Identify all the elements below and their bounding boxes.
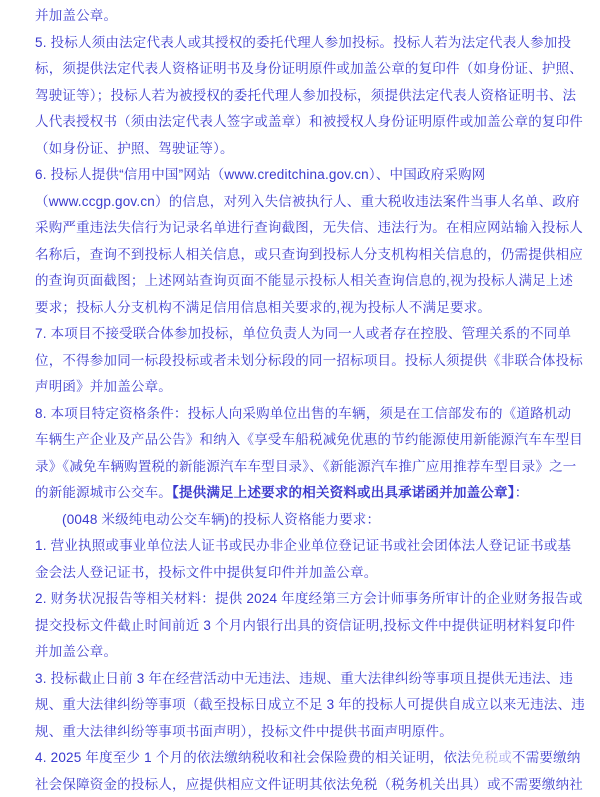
text-run: 规、重大法律纠纷等事项书面声明），投标文件中提供书面声明原件。 <box>35 724 453 739</box>
text-run: 名称后，查询不到投标人相关信息，或只查询到投标人分支机构相关信息的，仍需提供相应 <box>35 247 583 262</box>
text-run: 人代表授权书（须由法定代表人签字或盖章）和被授权人身份证明原件或加盖公章的复印件 <box>35 114 583 129</box>
text-run: 采购严重违法失信行为记录名单进行查询截图，无失信、违法行为。在相应网站输入投标人 <box>35 220 583 235</box>
text-run: 不需要缴纳 <box>512 750 581 765</box>
text-run: 1. 营业执照或事业单位法人证书或民办非企业单位登记证书或社会团体法人登记证书或… <box>35 538 571 553</box>
text-run: 声明函》并加盖公章。 <box>35 379 172 394</box>
text-run: 【提供满足上述要求的相关资料或出具承诺函并加盖公章】 <box>172 485 515 500</box>
text-run: 金会法人登记证书，投标文件中提供复印件并加盖公章。 <box>35 565 378 580</box>
text-run: 社会保障资金的投标人，应提供相应文件证明其依法免税（税务机关出具）或不需要缴纳社 <box>35 777 583 792</box>
text-run: 规、重大法律纠纷等事项（截至投标日成立不足 3 年的投标人可提供自成立以来无违法… <box>35 697 585 712</box>
text-run: 的新能源城市公交车。 <box>35 485 172 500</box>
text-run: 录》《减免车辆购置税的新能源汽车车型目录》、《新能源汽车推广应用推荐车型目录》之… <box>35 459 576 474</box>
text-run: 6. 投标人提供“信用中国”网站（www.creditchina.gov.cn）… <box>35 167 485 182</box>
document-line: 人代表授权书（须由法定代表人签字或盖章）和被授权人身份证明原件或加盖公章的复印件 <box>35 109 570 136</box>
text-run: 并加盖公章。 <box>35 644 117 659</box>
text-run: （www.ccgp.gov.cn）的信息，对列入失信被执行人、重大税收违法案件当… <box>35 194 580 209</box>
document-line: 社会保障资金的投标人，应提供相应文件证明其依法免税（税务机关出具）或不需要缴纳社 <box>35 772 570 797</box>
document-line: 规、重大法律纠纷等事项（截至投标日成立不足 3 年的投标人可提供自成立以来无违法… <box>35 692 570 719</box>
document-line: (0048 米级纯电动公交车辆)的投标人资格能力要求： <box>35 507 570 534</box>
document-line: （www.ccgp.gov.cn）的信息，对列入失信被执行人、重大税收违法案件当… <box>35 189 570 216</box>
document-line: 3. 投标截止日前 3 年在经营活动中无违法、违规、重大法律纠纷等事项且提供无违… <box>35 666 570 693</box>
document-line: 并加盖公章。 <box>35 3 570 30</box>
text-run: 8. 本项目特定资格条件：投标人向采购单位出售的车辆，须是在工信部发布的《道路机… <box>35 406 571 421</box>
document-line: （如身份证、护照、驾驶证等）。 <box>35 136 570 163</box>
text-run: 驾驶证等）；投标人若为被授权的委托代理人参加投标，须提供法定代表人资格证明书、法 <box>35 88 576 103</box>
text-run: 3. 投标截止日前 3 年在经营活动中无违法、违规、重大法律纠纷等事项且提供无违… <box>35 671 573 686</box>
text-run: ： <box>515 485 529 500</box>
document-line: 5. 投标人须由法定代表人或其授权的委托代理人参加投标。投标人若为法定代表人参加… <box>35 30 570 57</box>
document-line: 规、重大法律纠纷等事项书面声明），投标文件中提供书面声明原件。 <box>35 719 570 746</box>
text-run: 要求；投标人分支机构不满足信用信息相关要求的,视为投标人不满足要求。 <box>35 300 491 315</box>
document-line: 4. 2025 年度至少 1 个月的依法缴纳税收和社会保险费的相关证明，依法免税… <box>35 745 570 772</box>
text-run: 位，不得参加同一标段投标或者未划分标段的同一招标项目。投标人须提供《非联合体投标 <box>35 353 583 368</box>
document-line: 提交投标文件截止时间前近 3 个月内银行出具的资信证明,投标文件中提供证明材料复… <box>35 613 570 640</box>
document-line: 的新能源城市公交车。【提供满足上述要求的相关资料或出具承诺函并加盖公章】： <box>35 480 570 507</box>
document-line: 6. 投标人提供“信用中国”网站（www.creditchina.gov.cn）… <box>35 162 570 189</box>
text-run: 车辆生产企业及产品公告》和纳入《享受车船税减免优惠的节约能源使用新能源汽车车型目 <box>35 432 583 447</box>
document-line: 名称后，查询不到投标人相关信息，或只查询到投标人分支机构相关信息的，仍需提供相应 <box>35 242 570 269</box>
text-run: 5. 投标人须由法定代表人或其授权的委托代理人参加投标。投标人若为法定代表人参加… <box>35 35 571 50</box>
document-line: 1. 营业执照或事业单位法人证书或民办非企业单位登记证书或社会团体法人登记证书或… <box>35 533 570 560</box>
text-run: 4. 2025 年度至少 1 个月的依法缴纳税收和社会保险费的相关证明，依法 <box>35 750 471 765</box>
document-line: 7. 本项目不接受联合体参加投标，单位负责人为同一人或者存在控股、管理关系的不同… <box>35 321 570 348</box>
document-line: 并加盖公章。 <box>35 639 570 666</box>
document-body: 并加盖公章。5. 投标人须由法定代表人或其授权的委托代理人参加投标。投标人若为法… <box>35 3 570 797</box>
text-run: 并加盖公章。 <box>35 8 117 23</box>
document-line: 车辆生产企业及产品公告》和纳入《享受车船税减免优惠的节约能源使用新能源汽车车型目 <box>35 427 570 454</box>
document-line: 录》《减免车辆购置税的新能源汽车车型目录》、《新能源汽车推广应用推荐车型目录》之… <box>35 454 570 481</box>
text-run: 7. 本项目不接受联合体参加投标，单位负责人为同一人或者存在控股、管理关系的不同… <box>35 326 571 341</box>
document-line: 金会法人登记证书，投标文件中提供复印件并加盖公章。 <box>35 560 570 587</box>
document-line: 8. 本项目特定资格条件：投标人向采购单位出售的车辆，须是在工信部发布的《道路机… <box>35 401 570 428</box>
text-run: 提交投标文件截止时间前近 3 个月内银行出具的资信证明,投标文件中提供证明材料复… <box>35 618 575 633</box>
text-run: 的查询页面截图；上述网站查询页面不能显示投标人相关查询信息的,视为投标人满足上述 <box>35 273 573 288</box>
document-line: 的查询页面截图；上述网站查询页面不能显示投标人相关查询信息的,视为投标人满足上述 <box>35 268 570 295</box>
text-run: （如身份证、护照、驾驶证等）。 <box>35 141 234 156</box>
document-line: 2. 财务状况报告等相关材料：提供 2024 年度经第三方会计师事务所审计的企业… <box>35 586 570 613</box>
document-line: 驾驶证等）；投标人若为被授权的委托代理人参加投标，须提供法定代表人资格证明书、法 <box>35 83 570 110</box>
document-line: 声明函》并加盖公章。 <box>35 374 570 401</box>
document-line: 要求；投标人分支机构不满足信用信息相关要求的,视为投标人不满足要求。 <box>35 295 570 322</box>
text-run: 免税或 <box>471 750 512 765</box>
document-page: 并加盖公章。5. 投标人须由法定代表人或其授权的委托代理人参加投标。投标人若为法… <box>0 0 600 797</box>
document-line: 标，须提供法定代表人资格证明书及身份证明原件或加盖公章的复印件（如身份证、护照、 <box>35 56 570 83</box>
text-run: 标，须提供法定代表人资格证明书及身份证明原件或加盖公章的复印件（如身份证、护照、 <box>35 61 583 76</box>
text-run: (0048 米级纯电动公交车辆)的投标人资格能力要求： <box>62 512 380 527</box>
document-line: 采购严重违法失信行为记录名单进行查询截图，无失信、违法行为。在相应网站输入投标人 <box>35 215 570 242</box>
document-line: 位，不得参加同一标段投标或者未划分标段的同一招标项目。投标人须提供《非联合体投标 <box>35 348 570 375</box>
text-run: 2. 财务状况报告等相关材料：提供 2024 年度经第三方会计师事务所审计的企业… <box>35 591 583 606</box>
